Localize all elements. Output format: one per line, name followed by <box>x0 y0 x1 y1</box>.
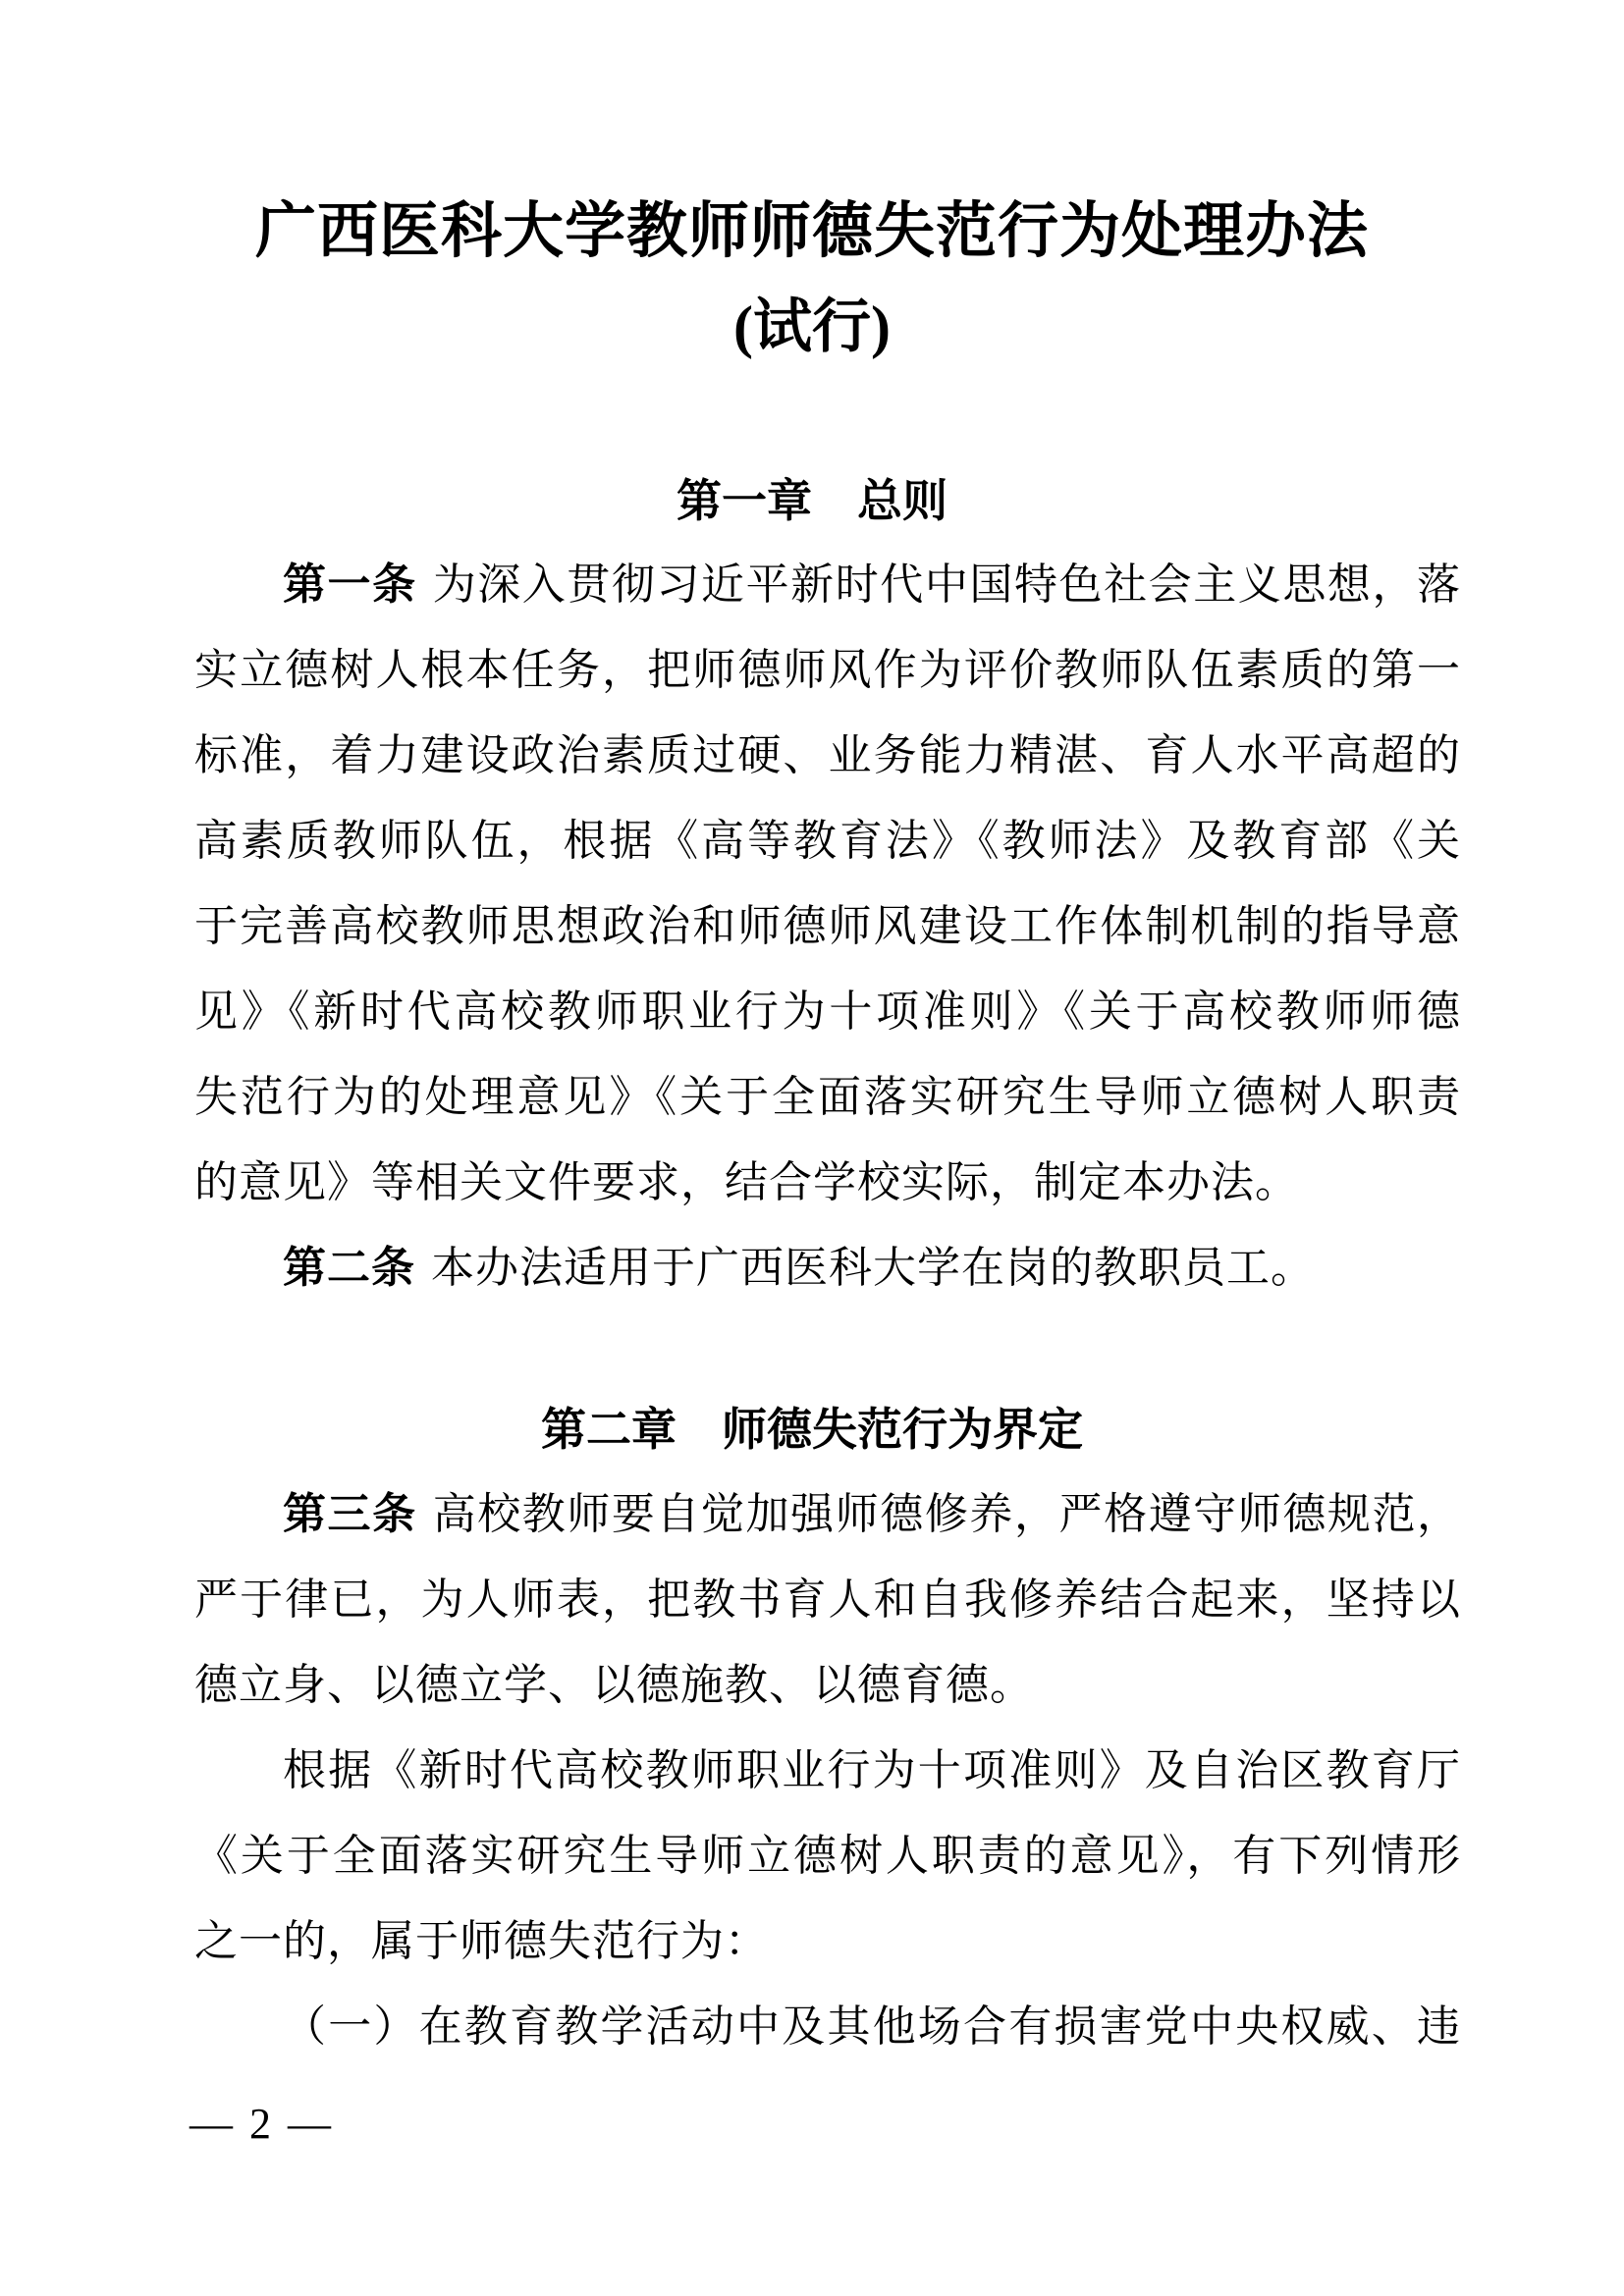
chapter-heading-misconduct-definition: 第二章 师德失范行为界定 <box>0 1402 1624 1457</box>
article-number: 第一条 <box>283 561 417 609</box>
text-line: 《关于全面落实研究生导师立德树人职责的意见》，有下列情形 <box>194 1813 1461 1898</box>
text-line: 的意见》等相关文件要求，结合学校实际，制定本办法。 <box>194 1140 1461 1225</box>
text-line: 第二条本办法适用于广西医科大学在岗的教职员工。 <box>194 1225 1461 1310</box>
text-line: 根据《新时代高校教师职业行为十项准则》及自治区教育厅 <box>194 1728 1461 1813</box>
text-line: 实立德树人根本任务，把师德师风作为评价教师队伍素质的第一 <box>194 627 1461 713</box>
text-line: 见》《新时代高校教师职业行为十项准则》《关于高校教师师德 <box>194 969 1461 1054</box>
text-line: （一）在教育教学活动中及其他场合有损害党中央权威、违 <box>194 1984 1461 2069</box>
section-general-provisions-lines: 第一条为深入贯彻习近平新时代中国特色社会主义思想，落实立德树人根本任务，把师德师… <box>194 542 1461 1310</box>
text-line: 之一的，属于师德失范行为： <box>194 1898 1461 1984</box>
text-line: 德立身、以德立学、以德施教、以德育德。 <box>194 1642 1461 1728</box>
section-misconduct-definition-lines: 第三条高校教师要自觉加强师德修养，严格遵守师德规范，严于律已，为人师表，把教书育… <box>194 1471 1461 2069</box>
document-subtitle: (试行) <box>0 289 1624 365</box>
text-line: 第一条为深入贯彻习近平新时代中国特色社会主义思想，落 <box>194 542 1461 627</box>
page: 广西医科大学教师师德失范行为处理办法 (试行) 第一章 总则 第一条为深入贯彻习… <box>0 0 1624 2296</box>
text-line: 高素质教师队伍，根据《高等教育法》《教师法》及教育部《关 <box>194 798 1461 883</box>
article-number: 第三条 <box>283 1490 417 1538</box>
text-line: 失范行为的处理意见》《关于全面落实研究生导师立德树人职责 <box>194 1054 1461 1140</box>
chapter-heading-general-provisions: 第一章 总则 <box>0 473 1624 528</box>
text-line: 标准，着力建设政治素质过硬、业务能力精湛、育人水平高超的 <box>194 713 1461 798</box>
page-number-footer: — 2 — <box>189 2100 334 2149</box>
article-number: 第二条 <box>283 1244 415 1292</box>
document-title: 广西医科大学教师师德失范行为处理办法 <box>0 192 1624 271</box>
text-line: 第三条高校教师要自觉加强师德修养，严格遵守师德规范， <box>194 1471 1461 1557</box>
text-line: 严于律已，为人师表，把教书育人和自我修养结合起来，坚持以 <box>194 1557 1461 1642</box>
text-line: 于完善高校教师思想政治和师德师风建设工作体制机制的指导意 <box>194 883 1461 969</box>
